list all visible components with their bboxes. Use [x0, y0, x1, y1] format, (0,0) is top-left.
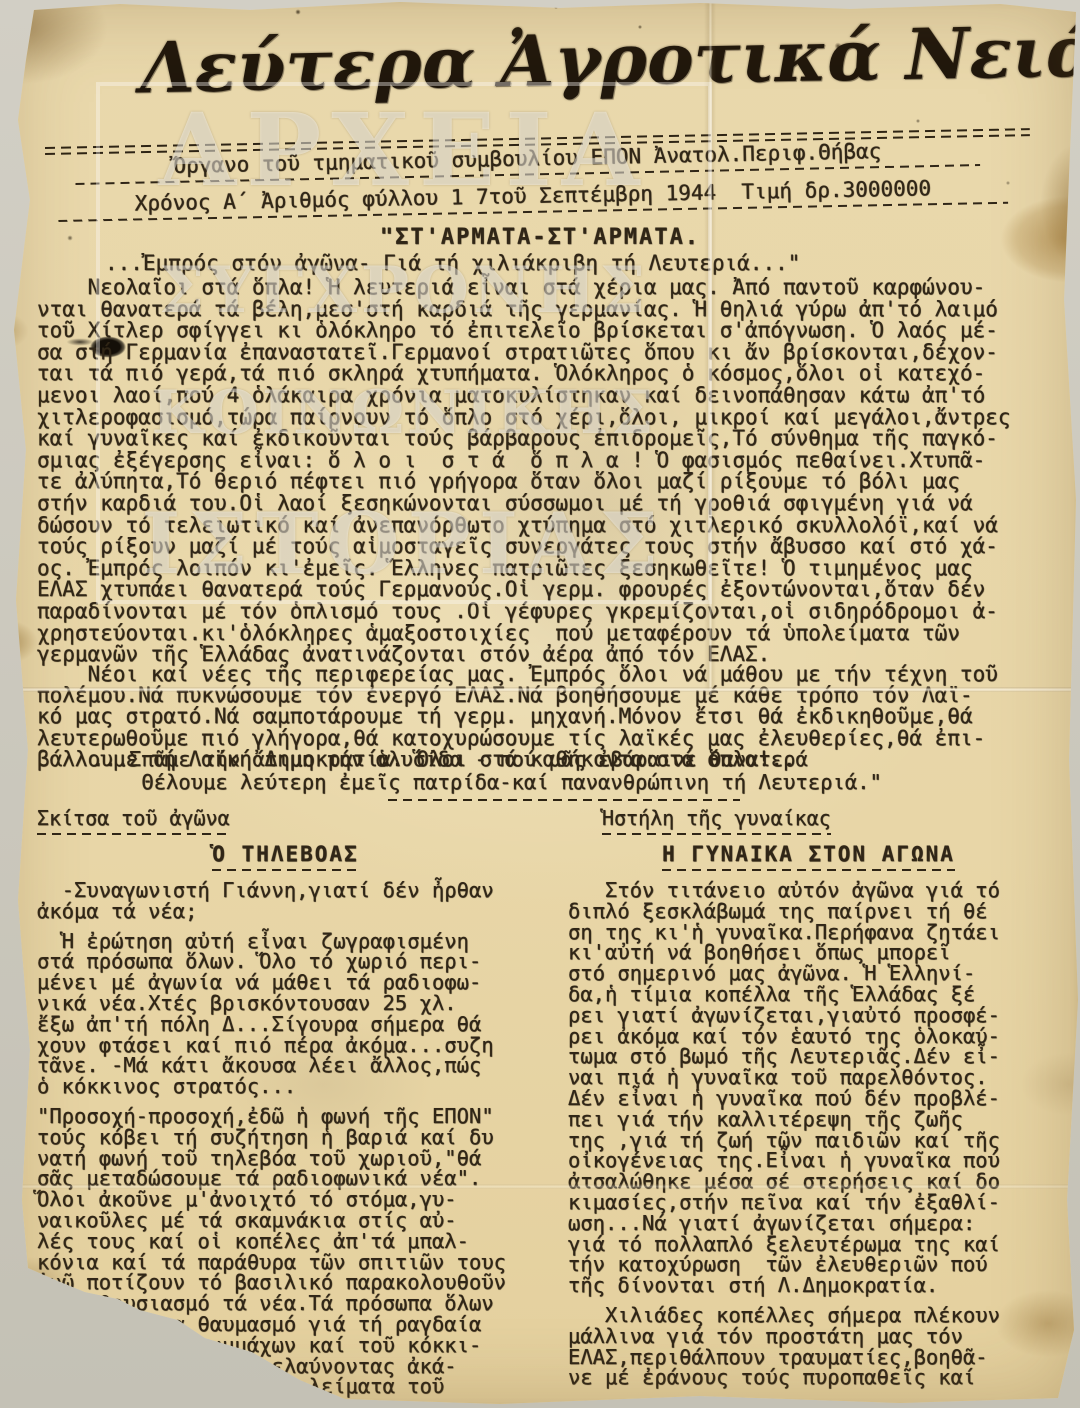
left-column-paragraph-1: -Συναγωνιστή Γιάννη,γιατί δέν ἦρθαν ἀκόμ…: [37, 880, 534, 922]
lead-headline: "ΣΤ'ΑΡΜΑΤΑ-ΣΤ'ΑΡΜΑΤΑ.: [0, 225, 1080, 250]
right-column-kicker: Ἡστήλη τῆς γυναίκας: [602, 806, 831, 835]
lead-paragraph-1: Νεολαῖοι στά ὅπλα! Ἡ λευτεριά εἶναι στά …: [37, 277, 1049, 666]
left-column-paragraph-3: "Προσοχή-προσοχή,ἐδῶ ἡ φωνή τῆς ΕΠΟΝ" το…: [37, 1106, 534, 1397]
lead-slogan-couplet: ...Σπᾶμε τήν ἄτιμη τήν ἁλυσίδα - πού μᾶς…: [92, 748, 882, 794]
masthead-title: Λεύτερα Ἀγροτικά Νειάτα: [139, 7, 981, 116]
fold-crease-horizontal-upper: [0, 687, 1080, 692]
scan-background: Λεύτερα Ἀγροτικά Νειάτα Ὄργανο τοῦ τμημα…: [0, 0, 1080, 1408]
right-column-paragraph-2: Χιλιάδες κοπέλλες σήμερα πλέκουν μάλλινα…: [568, 1305, 1049, 1388]
right-column-paragraph-1: Στόν τιτάνειο αὐτόν ἀγῶνα γιά τό διπλό ξ…: [568, 880, 1049, 1296]
right-column: Ἡστήλη τῆς γυναίκας Η ΓΥΝΑΙΚΑ ΣΤΟΝ ΑΓΩΝΑ…: [568, 806, 1049, 1397]
lead-epigraph: ...Ἐμπρός στόν ἀγῶνα- Γιά τή χιλιάκριβη …: [105, 251, 800, 275]
fold-crease-vertical: [704, 0, 716, 695]
left-column-paragraph-2: Ἡ ἐρώτηση αὐτή εἶναι ζωγραφισμένη στά πρ…: [37, 931, 534, 1097]
document-page: Λεύτερα Ἀγροτικά Νειάτα Ὄργανο τοῦ τμημα…: [0, 0, 1080, 1408]
left-column: Σκίτσα τοῦ ἀγῶνα Ὁ ΤΗΛΕΒΟΑΣ -Συναγωνιστή…: [37, 806, 534, 1406]
column-section: Σκίτσα τοῦ ἀγῶνα Ὁ ΤΗΛΕΒΟΑΣ -Συναγωνιστή…: [37, 806, 1049, 1406]
section-divider: [388, 799, 740, 801]
left-column-headline: Ὁ ΤΗΛΕΒΟΑΣ: [212, 842, 358, 871]
left-column-kicker: Σκίτσα τοῦ ἀγῶνα: [37, 806, 230, 835]
fold-crease-horizontal-lower: [0, 1184, 1080, 1189]
right-column-headline: Η ΓΥΝΑΙΚΑ ΣΤΟΝ ΑΓΩΝΑ: [662, 842, 955, 871]
